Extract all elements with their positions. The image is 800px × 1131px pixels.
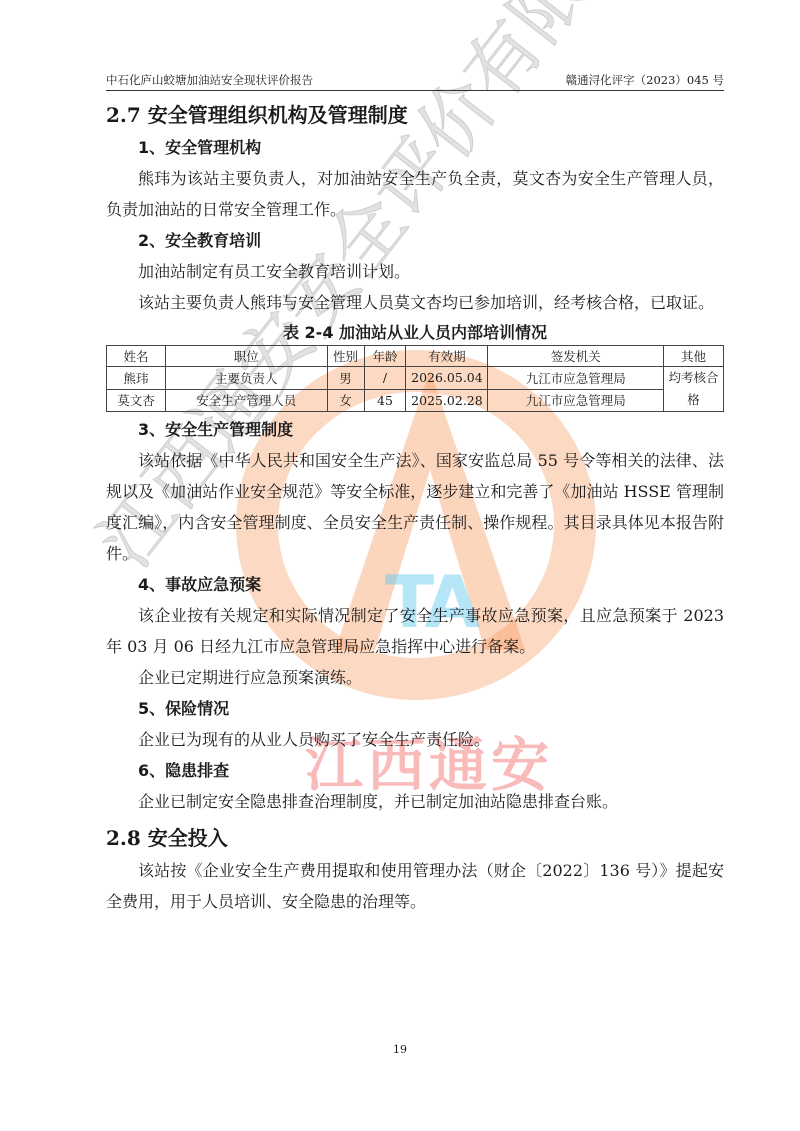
table-row: 熊玮 主要负责人 男 / 2026.05.04 九江市应急管理局 均考核合格 (107, 367, 724, 390)
running-header: 中石化庐山蛟塘加油站安全现状评价报告 赣通浔化评字（2023）045 号 (106, 72, 724, 91)
column-header-other: 其他 (664, 346, 724, 367)
paragraph: 该站依据《中华人民共和国安全生产法》、国家安监总局 55 号令等相关的法律、法规… (106, 445, 724, 569)
paragraph: 该站主要负责人熊玮与安全管理人员莫文杏均已参加培训，经考核合格，已取证。 (106, 287, 724, 318)
paragraph: 该站按《企业安全生产费用提取和使用管理办法（财企〔2022〕136 号）》提起安… (106, 855, 724, 917)
cell-position: 主要负责人 (165, 367, 327, 390)
paragraph: 该企业按有关规定和实际情况制定了安全生产事故应急预案，且应急预案于 2023 年… (106, 600, 724, 662)
cell-gender: 男 (327, 367, 364, 390)
paragraph: 熊玮为该站主要负责人，对加油站安全生产负全责，莫文杏为安全生产管理人员，负责加油… (106, 163, 724, 225)
header-report-title: 中石化庐山蛟塘加油站安全现状评价报告 (106, 72, 313, 88)
paragraph: 企业已制定安全隐患排查治理制度，并已制定加油站隐患排查台账。 (106, 786, 724, 817)
cell-position: 安全生产管理人员 (165, 389, 327, 412)
column-header-gender: 性别 (327, 346, 364, 367)
cell-name: 莫文杏 (107, 389, 166, 412)
section-title-2-8: 2.8 安全投入 (106, 821, 724, 855)
cell-age: 45 (364, 389, 406, 412)
subsection-title-safety-rules: 3、安全生产管理制度 (106, 414, 724, 445)
training-table: 姓名 职位 性别 年龄 有效期 签发机关 其他 熊玮 主要负责人 男 / 202… (106, 345, 724, 412)
column-header-name: 姓名 (107, 346, 166, 367)
paragraph: 企业已为现有的从业人员购买了安全生产责任险。 (106, 724, 724, 755)
cell-other-merged: 均考核合格 (664, 367, 724, 412)
table-header-row: 姓名 职位 性别 年龄 有效期 签发机关 其他 (107, 346, 724, 367)
cell-valid-until: 2025.02.28 (406, 389, 488, 412)
cell-name: 熊玮 (107, 367, 166, 390)
subsection-title-training: 2、安全教育培训 (106, 225, 724, 256)
cell-valid-until: 2026.05.04 (406, 367, 488, 390)
cell-age: / (364, 367, 406, 390)
page-content: 2.7 安全管理组织机构及管理制度 1、安全管理机构 熊玮为该站主要负责人，对加… (106, 98, 724, 917)
section-title-2-7: 2.7 安全管理组织机构及管理制度 (106, 98, 724, 132)
table-row: 莫文杏 安全生产管理人员 女 45 2025.02.28 九江市应急管理局 (107, 389, 724, 412)
paragraph: 企业已定期进行应急预案演练。 (106, 662, 724, 693)
cell-issuer: 九江市应急管理局 (488, 367, 664, 390)
header-report-number: 赣通浔化评字（2023）045 号 (566, 72, 724, 88)
cell-gender: 女 (327, 389, 364, 412)
column-header-issuer: 签发机关 (488, 346, 664, 367)
page-number: 19 (0, 1043, 800, 1056)
cell-issuer: 九江市应急管理局 (488, 389, 664, 412)
subsection-title-insurance: 5、保险情况 (106, 693, 724, 724)
table-caption: 表 2-4 加油站从业人员内部培训情况 (106, 320, 724, 345)
subsection-title-hazard-check: 6、隐患排查 (106, 755, 724, 786)
paragraph: 加油站制定有员工安全教育培训计划。 (106, 256, 724, 287)
column-header-age: 年龄 (364, 346, 406, 367)
subsection-title-emergency-plan: 4、事故应急预案 (106, 569, 724, 600)
column-header-position: 职位 (165, 346, 327, 367)
column-header-valid-until: 有效期 (406, 346, 488, 367)
document-page: TA 江西通安 江西通安安全评价有限公司 中石化庐山蛟塘加油站安全现状评价报告 … (0, 0, 800, 1131)
subsection-title-management-org: 1、安全管理机构 (106, 132, 724, 163)
